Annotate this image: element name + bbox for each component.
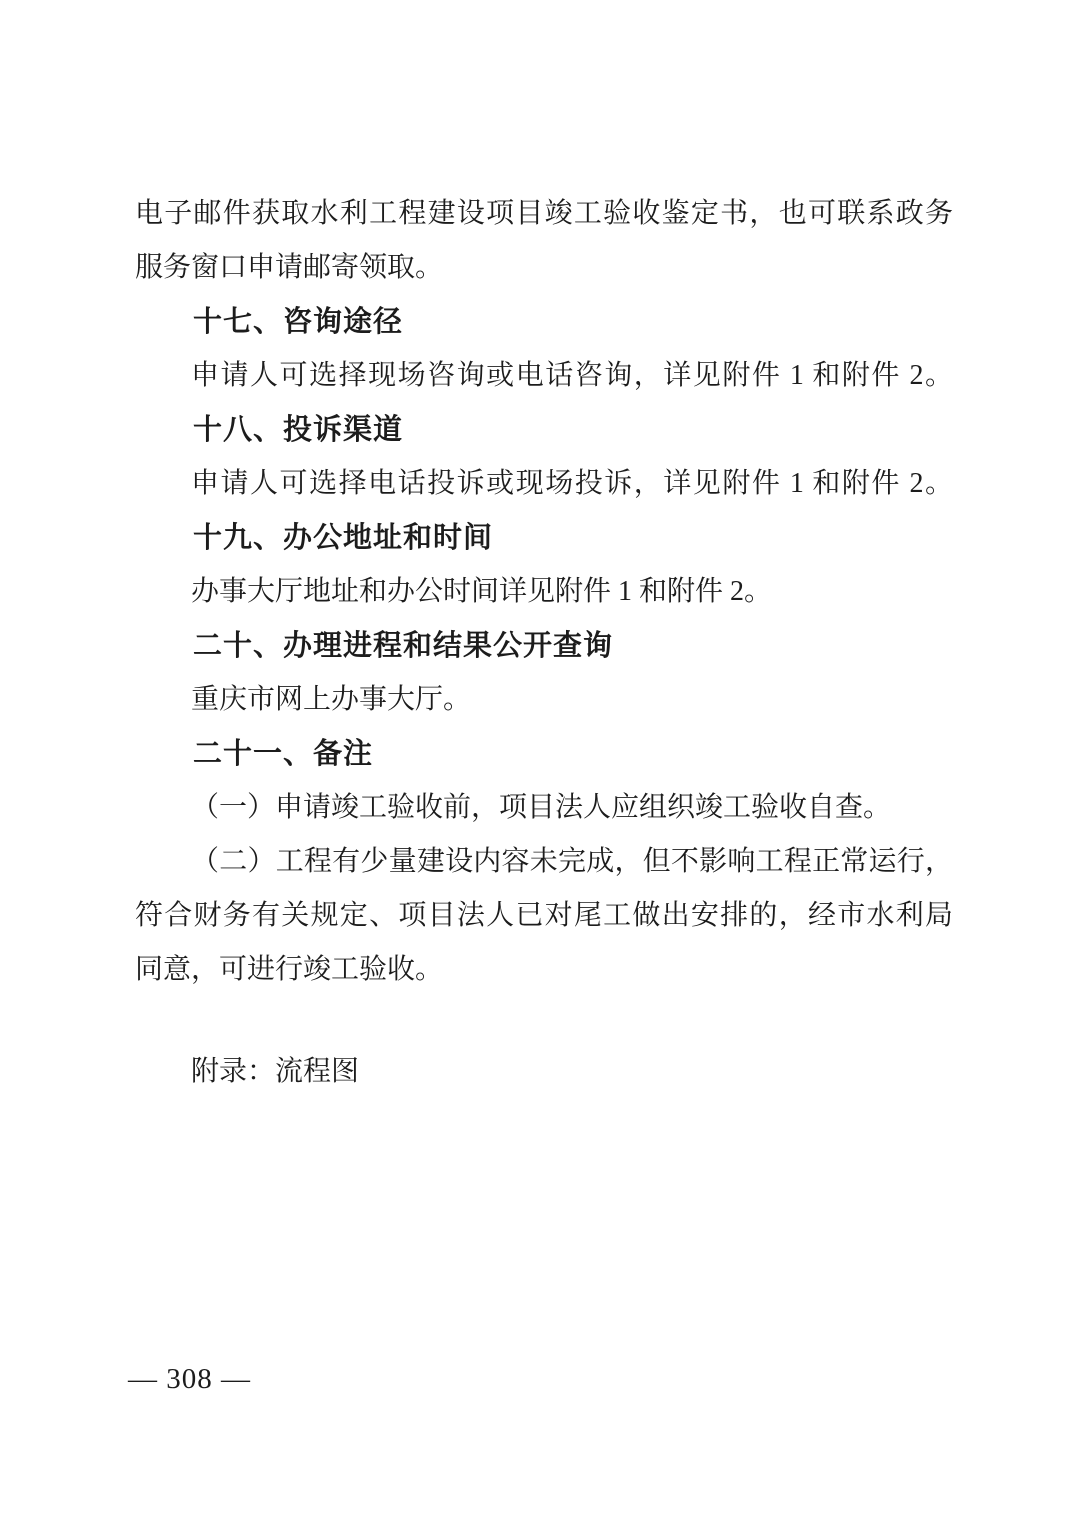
heading-progress-result-inquiry: 二十、办理进程和结果公开查询	[135, 619, 953, 673]
heading-remarks: 二十一、备注	[135, 727, 953, 781]
page-footer: — 308 —	[128, 1362, 251, 1396]
page-number: — 308 —	[128, 1363, 251, 1395]
paragraph-line-continuation: 电子邮件获取水利工程建设项目竣工验收鉴定书，也可联系政务	[135, 187, 953, 241]
paragraph-remark-2-line-3: 同意，可进行竣工验收。	[135, 943, 953, 997]
paragraph-line: 服务窗口申请邮寄领取。	[135, 241, 953, 295]
heading-complaint-channels: 十八、投诉渠道	[135, 403, 953, 457]
document-page: 电子邮件获取水利工程建设项目竣工验收鉴定书，也可联系政务 服务窗口申请邮寄领取。…	[0, 0, 1074, 1520]
heading-consultation-channels: 十七、咨询途径	[135, 295, 953, 349]
heading-office-address-time: 十九、办公地址和时间	[135, 511, 953, 565]
paragraph-consultation: 申请人可选择现场咨询或电话咨询，详见附件 1 和附件 2。	[135, 349, 953, 403]
paragraph-remark-1: （一）申请竣工验收前，项目法人应组织竣工验收自查。	[135, 781, 953, 835]
appendix-line: 附录：流程图	[135, 1045, 953, 1099]
paragraph-remark-2-line-1: （二）工程有少量建设内容未完成，但不影响工程正常运行，	[135, 835, 953, 889]
document-body: 电子邮件获取水利工程建设项目竣工验收鉴定书，也可联系政务 服务窗口申请邮寄领取。…	[135, 187, 953, 1099]
paragraph-remark-2-line-2: 符合财务有关规定、项目法人已对尾工做出安排的，经市水利局	[135, 889, 953, 943]
paragraph-complaint: 申请人可选择电话投诉或现场投诉，详见附件 1 和附件 2。	[135, 457, 953, 511]
paragraph-progress-result-inquiry: 重庆市网上办事大厅。	[135, 673, 953, 727]
paragraph-office-address-time: 办事大厅地址和办公时间详见附件 1 和附件 2。	[135, 565, 953, 619]
